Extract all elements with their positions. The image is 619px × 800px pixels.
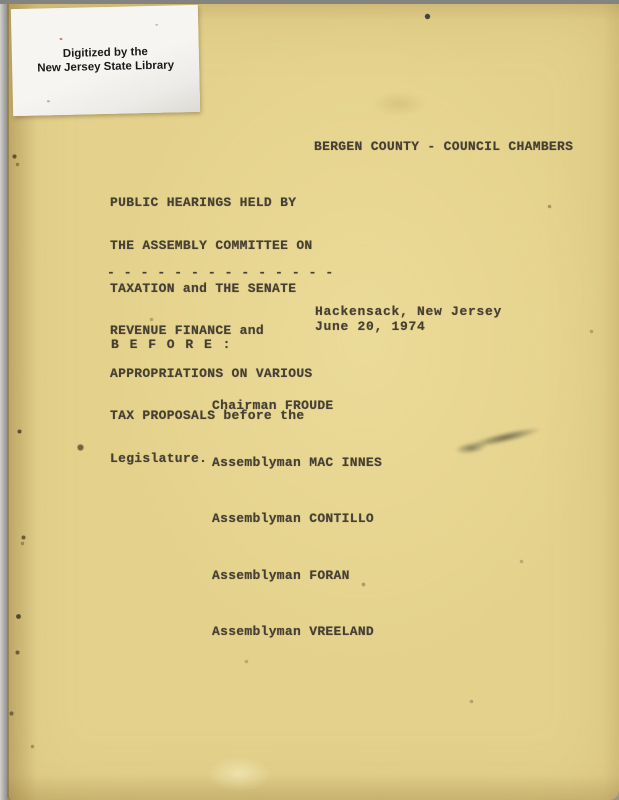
dashed-divider: - - - - - - - - - - - - - - <box>107 266 334 280</box>
title-line: THE ASSEMBLY COMMITTEE ON <box>110 239 313 253</box>
attendee-item: Assemblyman VREELAND <box>212 618 382 646</box>
venue-header: BERGEN COUNTY - COUNCIL CHAMBERS <box>314 140 573 154</box>
title-line: TAXATION and THE SENATE <box>110 282 313 296</box>
ink-smudge-blob <box>453 440 488 457</box>
stamp-speck <box>59 38 62 40</box>
attendee-item: Assemblyman FORAN <box>212 562 382 590</box>
stamp-text-line-2: New Jersey State Library <box>37 59 174 76</box>
title-line: PUBLIC HEARINGS HELD BY <box>110 196 313 210</box>
dateline-date: June 20, 1974 <box>315 320 426 334</box>
paper-specks <box>0 0 3 3</box>
attendee-list: Chairman FROUDE Assemblyman MAC INNES As… <box>212 364 382 674</box>
attendee-item: Assemblyman MAC INNES <box>212 449 382 477</box>
ink-smudge <box>452 424 548 458</box>
attendee-item: Chairman FROUDE <box>212 392 382 420</box>
scanned-document-page: BERGEN COUNTY - COUNCIL CHAMBERS PUBLIC … <box>0 0 619 800</box>
attendee-item: Assemblyman CONTILLO <box>212 505 382 533</box>
digitization-stamp: Digitized by the New Jersey State Librar… <box>11 5 200 116</box>
before-heading: B E F O R E : <box>111 338 232 352</box>
dateline-city: Hackensack, New Jersey <box>315 305 502 319</box>
